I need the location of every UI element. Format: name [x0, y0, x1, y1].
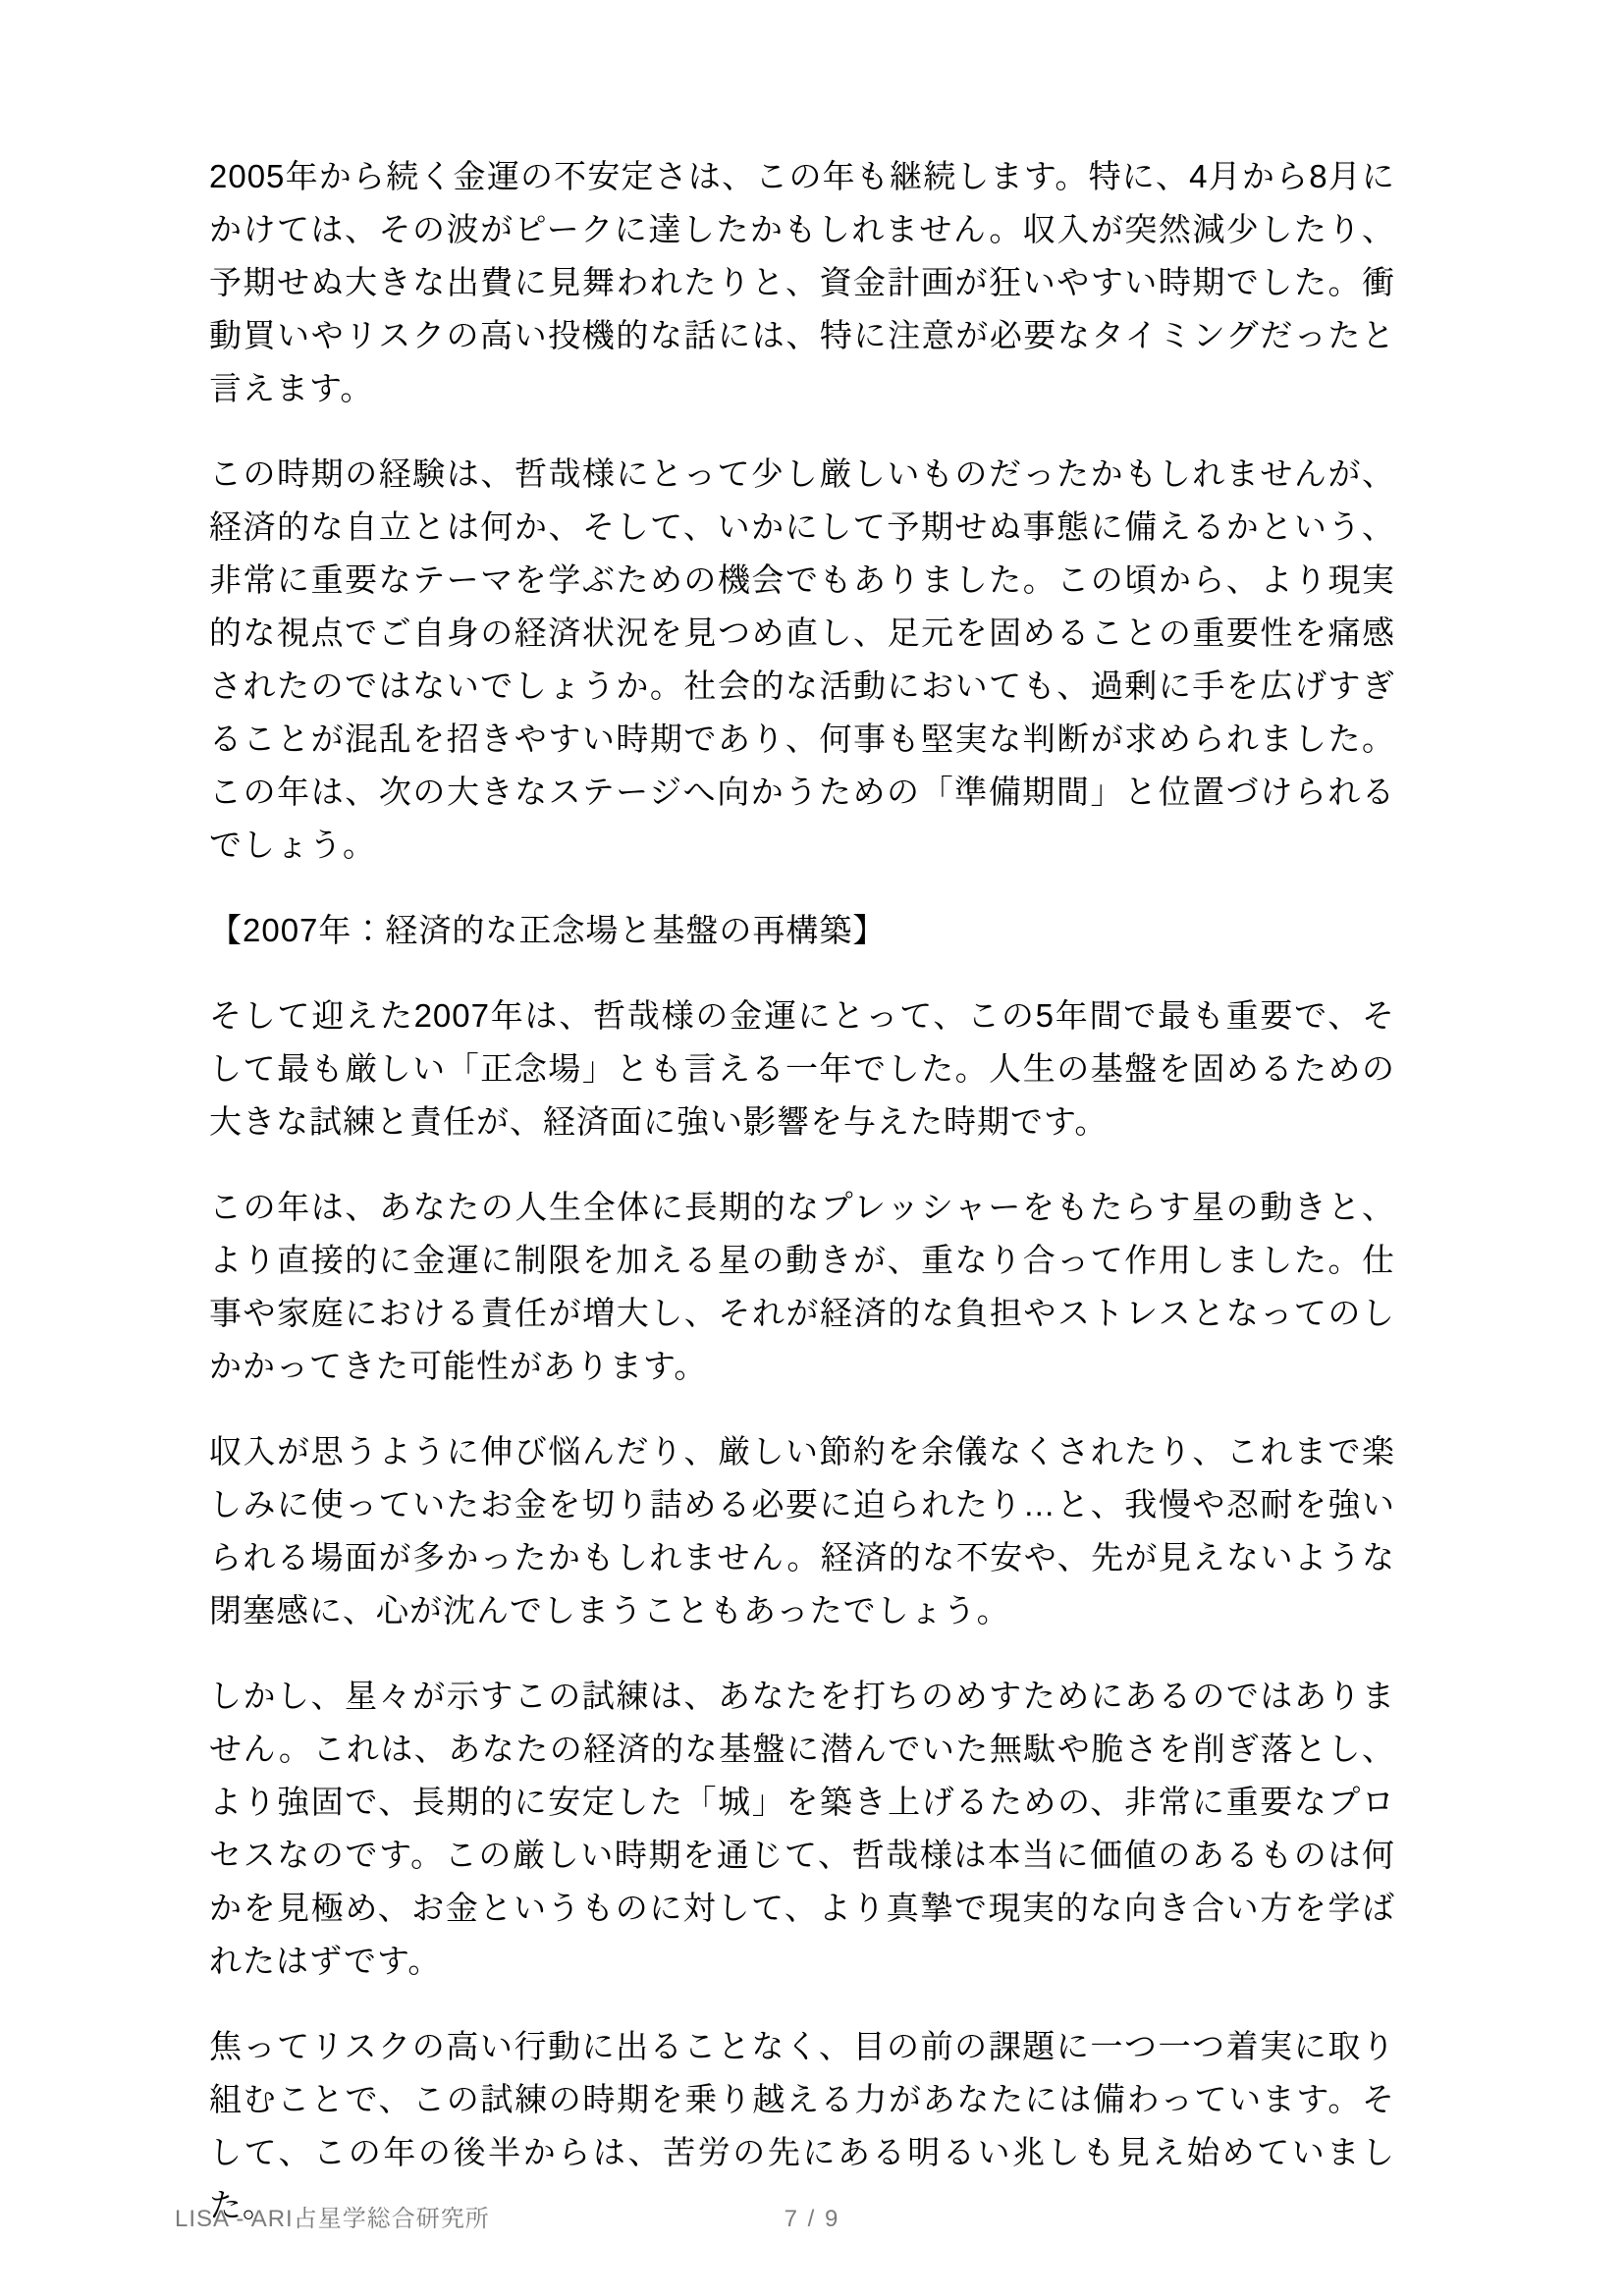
paragraph-star-pressure: この年は、あなたの人生全体に長期的なプレッシャーをもたらす星の動きと、より直接的… — [209, 1181, 1395, 1393]
document-page: 2005年から続く金運の不安定さは、この年も継続します。特に、4月から8月にかけ… — [0, 0, 1624, 2296]
paragraph-2007-overview: そして迎えた2007年は、哲哉様の金運にとって、この5年間で最も重要で、そして最… — [209, 989, 1395, 1148]
paragraph-trial-meaning: しかし、星々が示すこの試練は、あなたを打ちのめすためにあるのではありません。これ… — [209, 1670, 1395, 1988]
paragraph-income-struggles: 収入が思うように伸び悩んだり、厳しい節約を余儀なくされたり、これまで楽しみに使っ… — [209, 1425, 1395, 1637]
page-number-indicator: 7 / 9 — [0, 2206, 1624, 2233]
paragraph-encouragement: 焦ってリスクの高い行動に出ることなく、目の前の課題に一つ一つ着実に取り組むことで… — [209, 2020, 1395, 2232]
paragraph-money-luck-instability: 2005年から続く金運の不安定さは、この年も継続します。特に、4月から8月にかけ… — [209, 150, 1395, 415]
paragraph-lesson-of-period: この時期の経験は、哲哉様にとって少し厳しいものだったかもしれませんが、経済的な自… — [209, 448, 1395, 872]
report-body: 2005年から続く金運の不安定さは、この年も継続します。特に、4月から8月にかけ… — [209, 150, 1395, 2265]
section-heading-2007: 【2007年：経済的な正念場と基盤の再構築】 — [209, 904, 1395, 957]
